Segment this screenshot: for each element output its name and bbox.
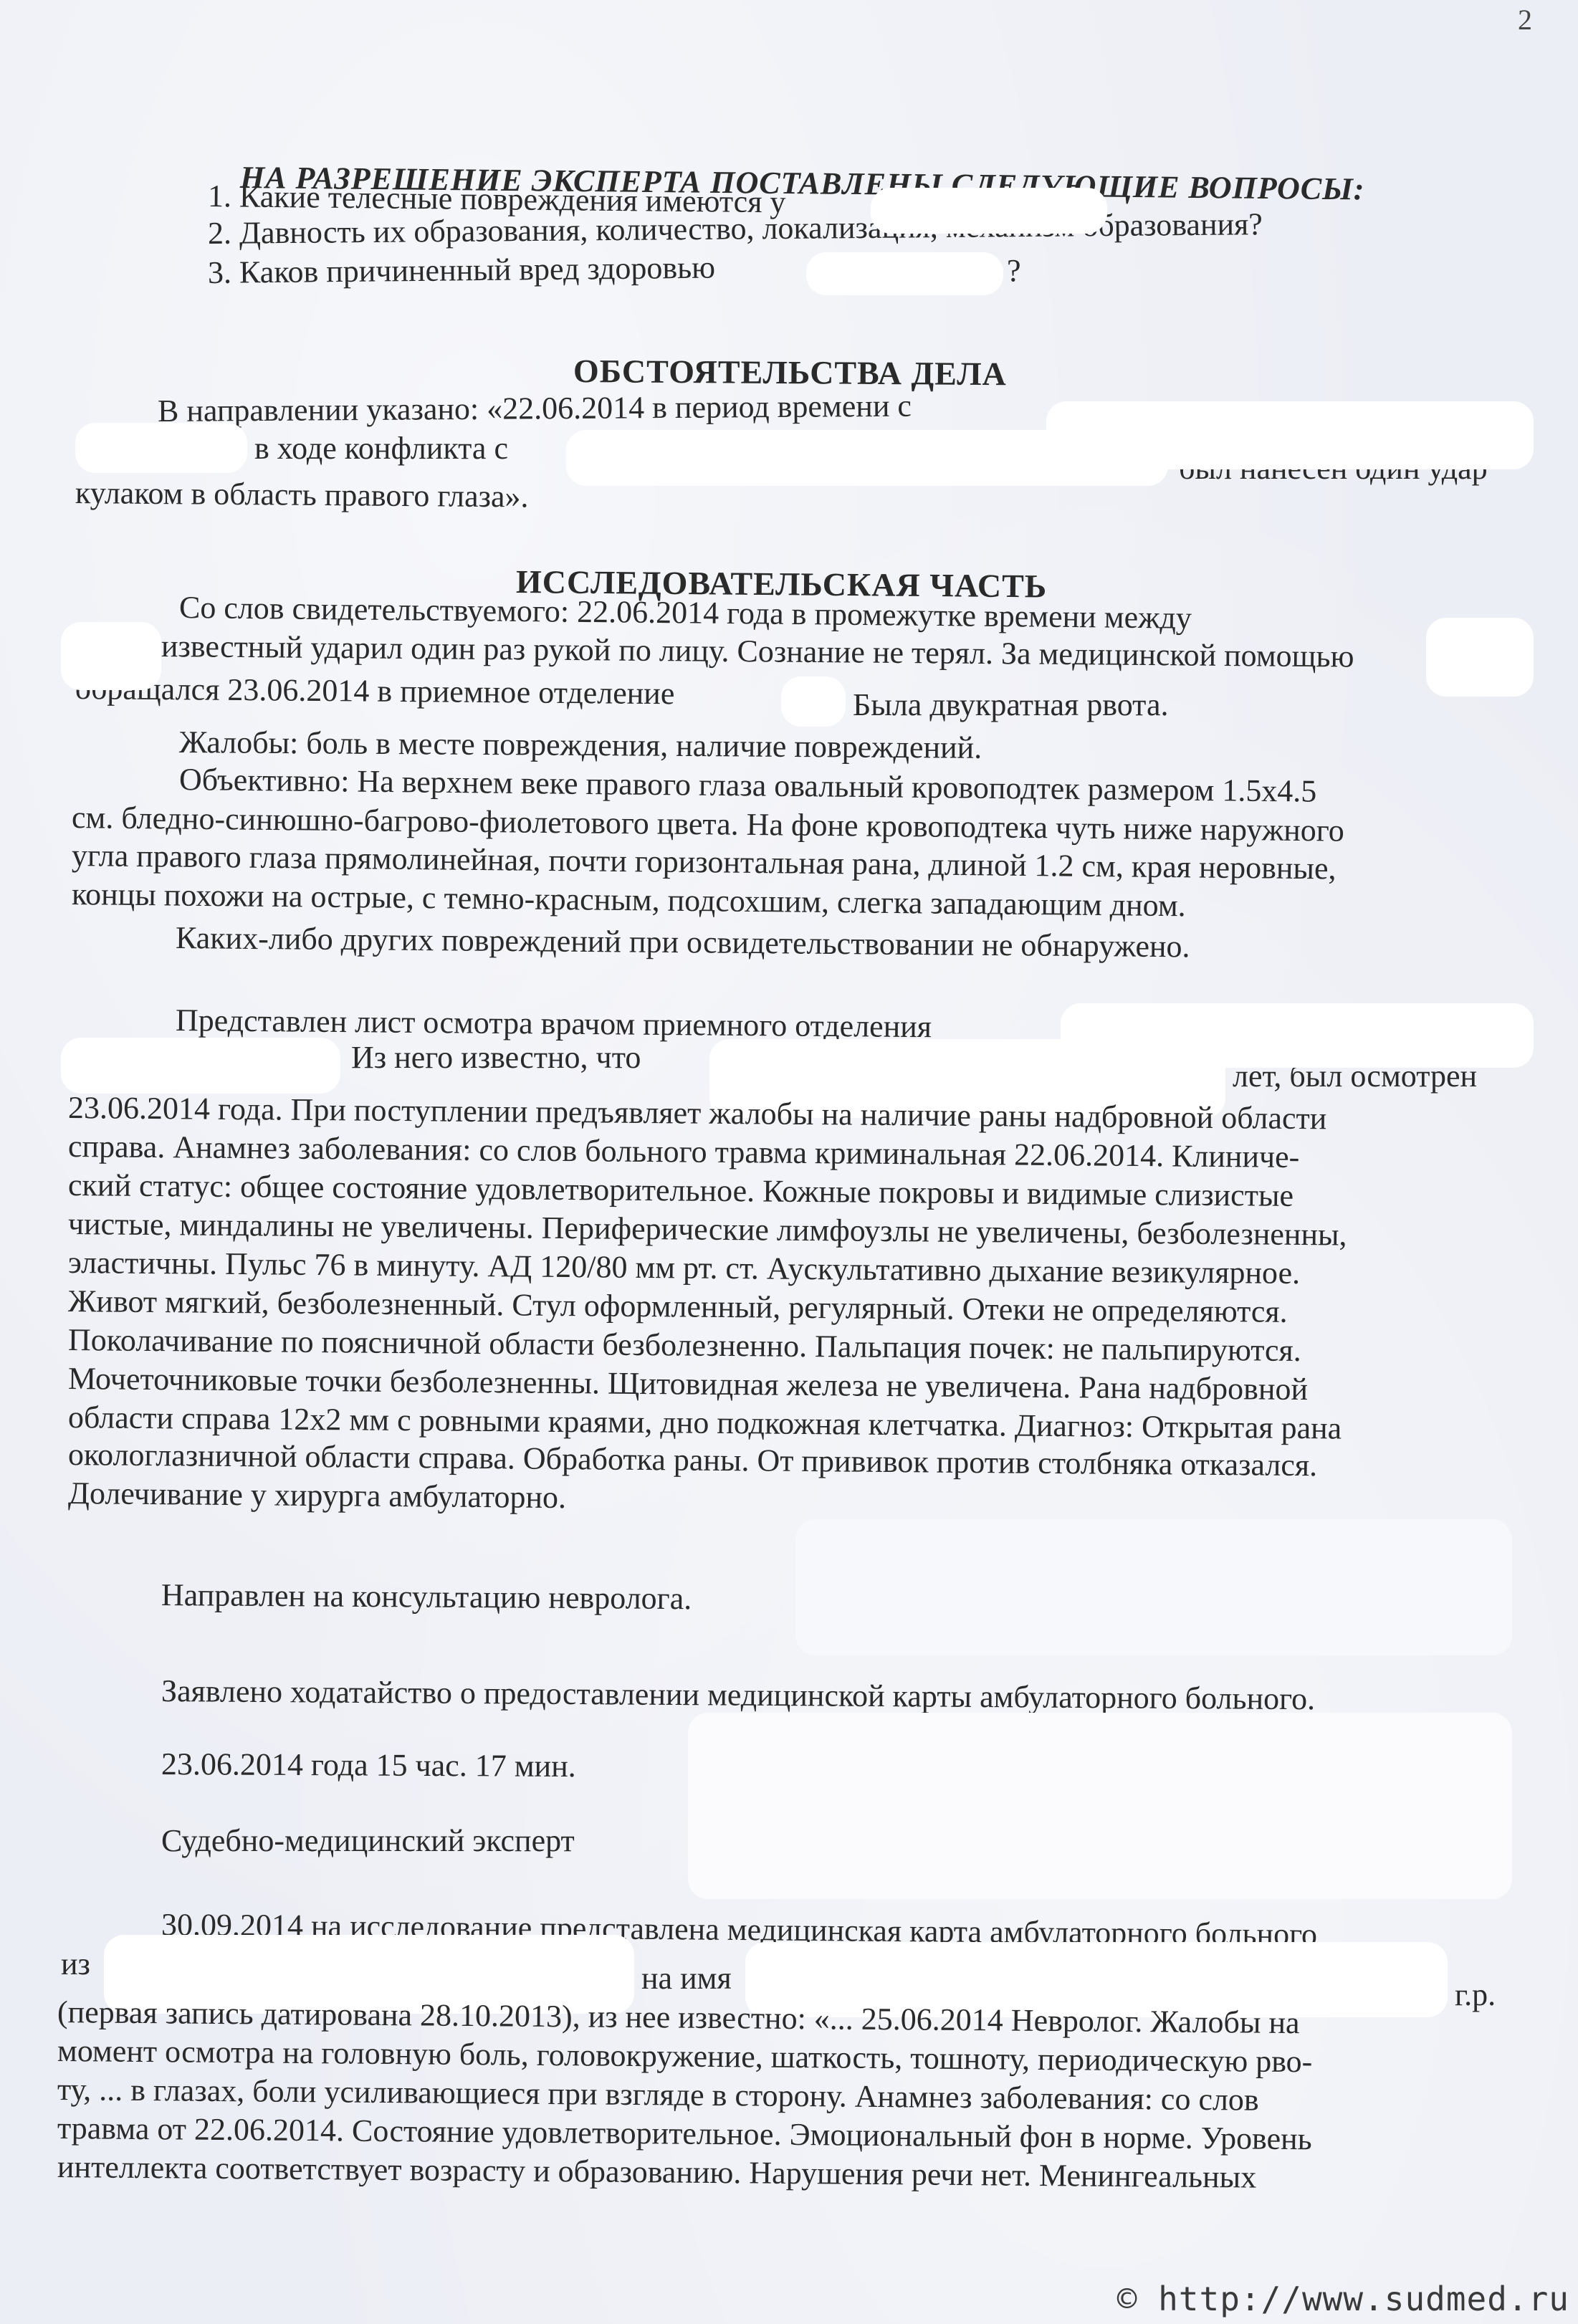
expert-signature: Судебно-медицинский эксперт [161,1822,575,1860]
card-line-2c: г.р. [1455,1976,1496,2014]
research-line-3a: обращался 23.06.2014 в приемное отделени… [75,670,675,712]
redaction [781,676,846,727]
redaction [61,1038,340,1094]
redaction [688,1713,1512,1899]
question-3: 3. Каков причиненный вред здоровью [208,249,716,292]
card-line-2a: из [61,1946,90,1983]
circumstances-line-1: В направлении указано: «22.06.2014 в пер… [158,388,912,430]
exam-datetime: 23.06.2014 года 15 час. 17 мин. [161,1746,576,1785]
question-3-tail: ? [1007,252,1021,290]
circumstances-line-3: кулаком в область правого глаза». [75,474,529,516]
scanned-document-page: 2 НА РАЗРЕШЕНИЕ ЭКСПЕРТА ПОСТАВЛЕНЫ СЛЕД… [0,0,1578,2324]
page-number: 2 [1518,3,1532,37]
neurologist-referral: Направлен на консультацию невролога. [161,1577,692,1617]
research-line-3b: Была двукратная рвота. [853,687,1168,724]
redaction [806,252,1003,295]
redaction [871,188,1107,234]
redaction [1426,618,1534,697]
complaints-line: Жалобы: боль в месте повреждения, наличи… [179,724,982,767]
petition-line: Заявлено ходатайство о предоставлении ме… [161,1673,1315,1718]
circumstances-heading: ОБСТОЯТЕЛЬСТВА ДЕЛА [573,353,1007,393]
redaction [566,430,1168,486]
redaction [61,622,161,690]
circumstances-line-2a: в ходе конфликта с [254,430,508,467]
no-other-injuries-line: Каких-либо других повреждений при освиде… [176,919,1190,965]
watermark: © http://www.sudmed.ru [1117,2280,1569,2318]
exam-line-2a: Из него известно, что [351,1039,641,1076]
redaction [75,423,247,473]
exam-line-13: Долечивание у хирурга амбулаторно. [68,1475,567,1516]
card-line-2b: на имя [641,1960,732,1997]
redaction [795,1519,1512,1655]
